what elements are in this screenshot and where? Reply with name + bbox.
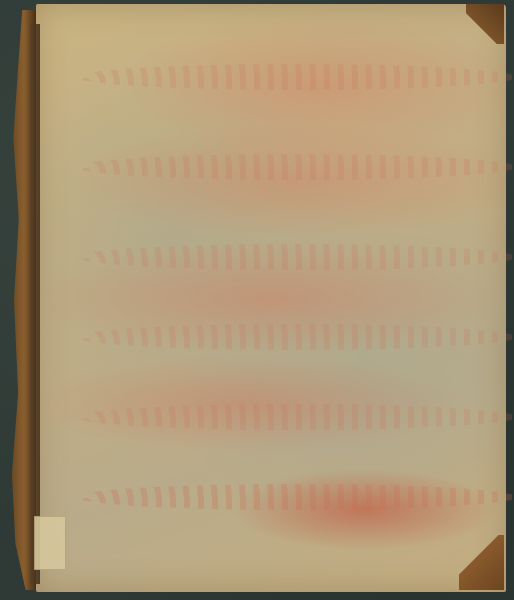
leather-corner-top-right [466,4,504,44]
book [12,4,508,594]
marbled-cover [36,4,506,592]
leather-corner-bottom-right [459,535,504,590]
paper-label-patch [34,516,66,570]
marbling-wave [76,244,514,270]
marbling-wave [76,404,514,430]
marbling-wave [76,64,514,90]
spine-edge [30,24,40,584]
marbling-wave [76,484,514,510]
marbling-wave [76,154,514,180]
marbling-wave [76,324,514,350]
